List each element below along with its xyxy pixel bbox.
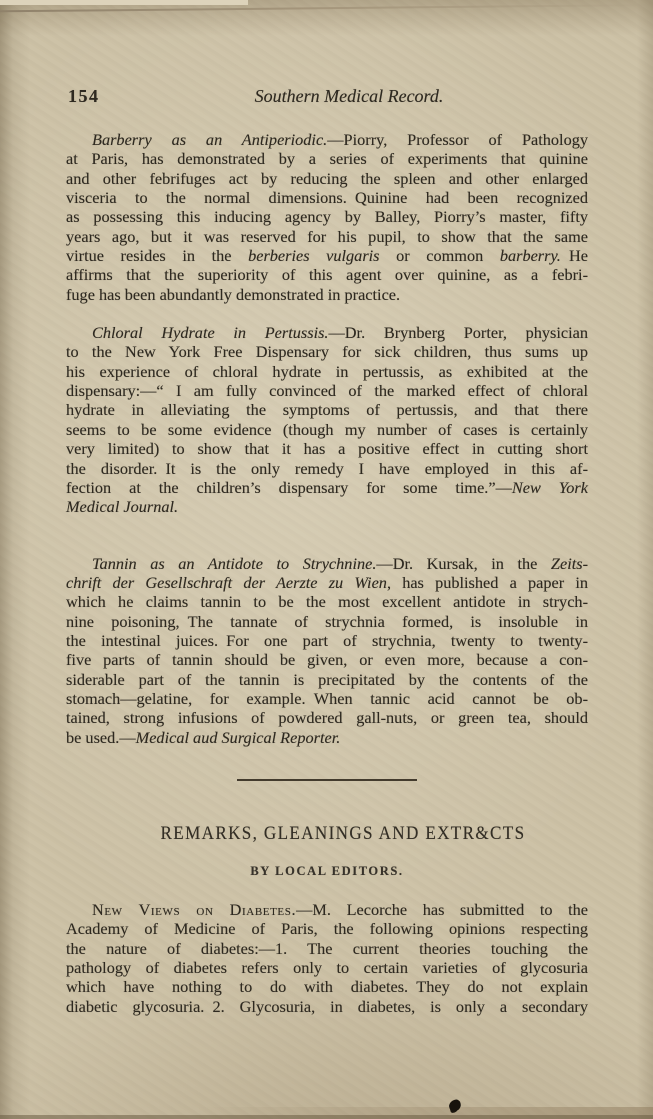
text-line: New Views on Diabetes.—M. Lecorche has s… [66, 900, 588, 919]
text-line: Chloral Hydrate in Pertussis.—Dr. Brynbe… [66, 323, 588, 342]
text-line: siderable part of the tannin is precipit… [66, 670, 588, 689]
text-line: stomach—gelatine, for example. When tann… [66, 689, 588, 708]
articles-top-section: Barberry as an Antiperiodic.—Piorry, Pro… [66, 130, 588, 747]
text-line: fuge has been abundantly demonstrated in… [66, 285, 588, 304]
italic-text: Zeits- [551, 554, 588, 573]
smallcaps-lead-text: New Views on Diabetes. [92, 900, 296, 919]
page-top-edge-line [0, 4, 653, 12]
section-divider-rule [237, 779, 417, 781]
text-line: at Paris, has demonstrated by a series o… [66, 149, 588, 168]
text-line: chrift der Gesellschraft der Aerzte zu W… [66, 573, 588, 592]
articles-local-editors-section: New Views on Diabetes.—M. Lecorche has s… [66, 900, 588, 1016]
text-line: visceria to the normal dimensions. Quini… [66, 188, 588, 207]
italic-text: Medical Journal. [66, 497, 178, 516]
journal-running-title: Southern Medical Record. [255, 86, 444, 107]
text-line: fection at the children’s dispensary for… [66, 478, 588, 497]
italic-text: Barberry as an Antiperiodic. [92, 130, 327, 149]
text-line: very limited) to show that it has a posi… [66, 439, 588, 458]
article-new-views-on-diabetes: New Views on Diabetes.—M. Lecorche has s… [66, 900, 588, 1016]
text-line: dispensary:—“ I am fully convinced of th… [66, 381, 588, 400]
text-line: Tannin as an Antidote to Strychnine.—Dr.… [66, 554, 588, 573]
text-line: Medical Journal. [66, 497, 588, 516]
text-line: affirms that the superiority of this age… [66, 265, 588, 284]
section-byline: BY LOCAL EDITORS. [66, 864, 588, 879]
text-line: to the New York Free Dispensary for sick… [66, 342, 588, 361]
text-line: which have nothing to do with diabetes. … [66, 977, 588, 996]
article-tannin-antidote-to-strychnine: Tannin as an Antidote to Strychnine.—Dr.… [66, 554, 588, 747]
text-line: tained, strong infusions of powdered gal… [66, 708, 588, 727]
text-line: Barberry as an Antiperiodic.—Piorry, Pro… [66, 130, 588, 149]
page-content: 154 Southern Medical Record. Barberry as… [66, 86, 588, 1035]
text-line: the nature of diabetes:—1. The current t… [66, 939, 588, 958]
page-bottom-edge-line [0, 1115, 653, 1119]
page-header: 154 Southern Medical Record. [66, 86, 588, 110]
text-line: his experience of chloral hydrate in per… [66, 362, 588, 381]
text-line: five parts of tannin should be given, or… [66, 650, 588, 669]
text-line: be used.—Medical aud Surgical Reporter. [66, 728, 588, 747]
text-line: years ago, but it was reserved for his p… [66, 227, 588, 246]
text-line: hydrate in alleviating the symptoms of p… [66, 400, 588, 419]
page-number: 154 [68, 86, 100, 107]
text-line: virtue resides in the berberies vulgaris… [66, 246, 588, 265]
italic-text: Medical aud Surgical Reporter. [136, 728, 341, 747]
page-top-edge-highlight [0, 0, 248, 5]
text-line: diabetic glycosuria. 2. Glycosuria, in d… [66, 997, 588, 1016]
text-line: nine poisoning, The tannate of strychnia… [66, 612, 588, 631]
italic-text: New York [512, 478, 588, 497]
text-line: the disorder. It is the only remedy I ha… [66, 459, 588, 478]
section-heading: REMARKS, GLEANINGS AND EXTR&CTS [108, 823, 578, 845]
text-line: seems to be some evidence (though my num… [66, 420, 588, 439]
article-chloral-hydrate-in-pertussis: Chloral Hydrate in Pertussis.—Dr. Brynbe… [66, 323, 588, 516]
text-line: the intestinal juices. For one part of s… [66, 631, 588, 650]
italic-text: barberry. [500, 246, 561, 265]
text-line: which he claims tannin to be the most ex… [66, 592, 588, 611]
text-line: as possessing this inducing agency by Ba… [66, 207, 588, 226]
italic-text: chrift der Gesellschraft der Aerzte zu W… [66, 573, 387, 592]
italic-text: Tannin as an Antidote to Strychnine. [92, 554, 376, 573]
italic-text: Chloral Hydrate in Pertussis. [92, 323, 329, 342]
text-line: pathology of diabetes refers only to cer… [66, 958, 588, 977]
scanned-journal-page: { "colors": { "paper": "#cdc2a7", "ink":… [0, 0, 653, 1119]
page: 154 Southern Medical Record. Barberry as… [0, 0, 653, 1119]
text-line: Academy of Medicine of Paris, the follow… [66, 919, 588, 938]
article-barberry-as-an-antiperiodic: Barberry as an Antiperiodic.—Piorry, Pro… [66, 130, 588, 304]
italic-text: berberies vulgaris [248, 246, 379, 265]
text-line: and other febrifuges act by reducing the… [66, 169, 588, 188]
